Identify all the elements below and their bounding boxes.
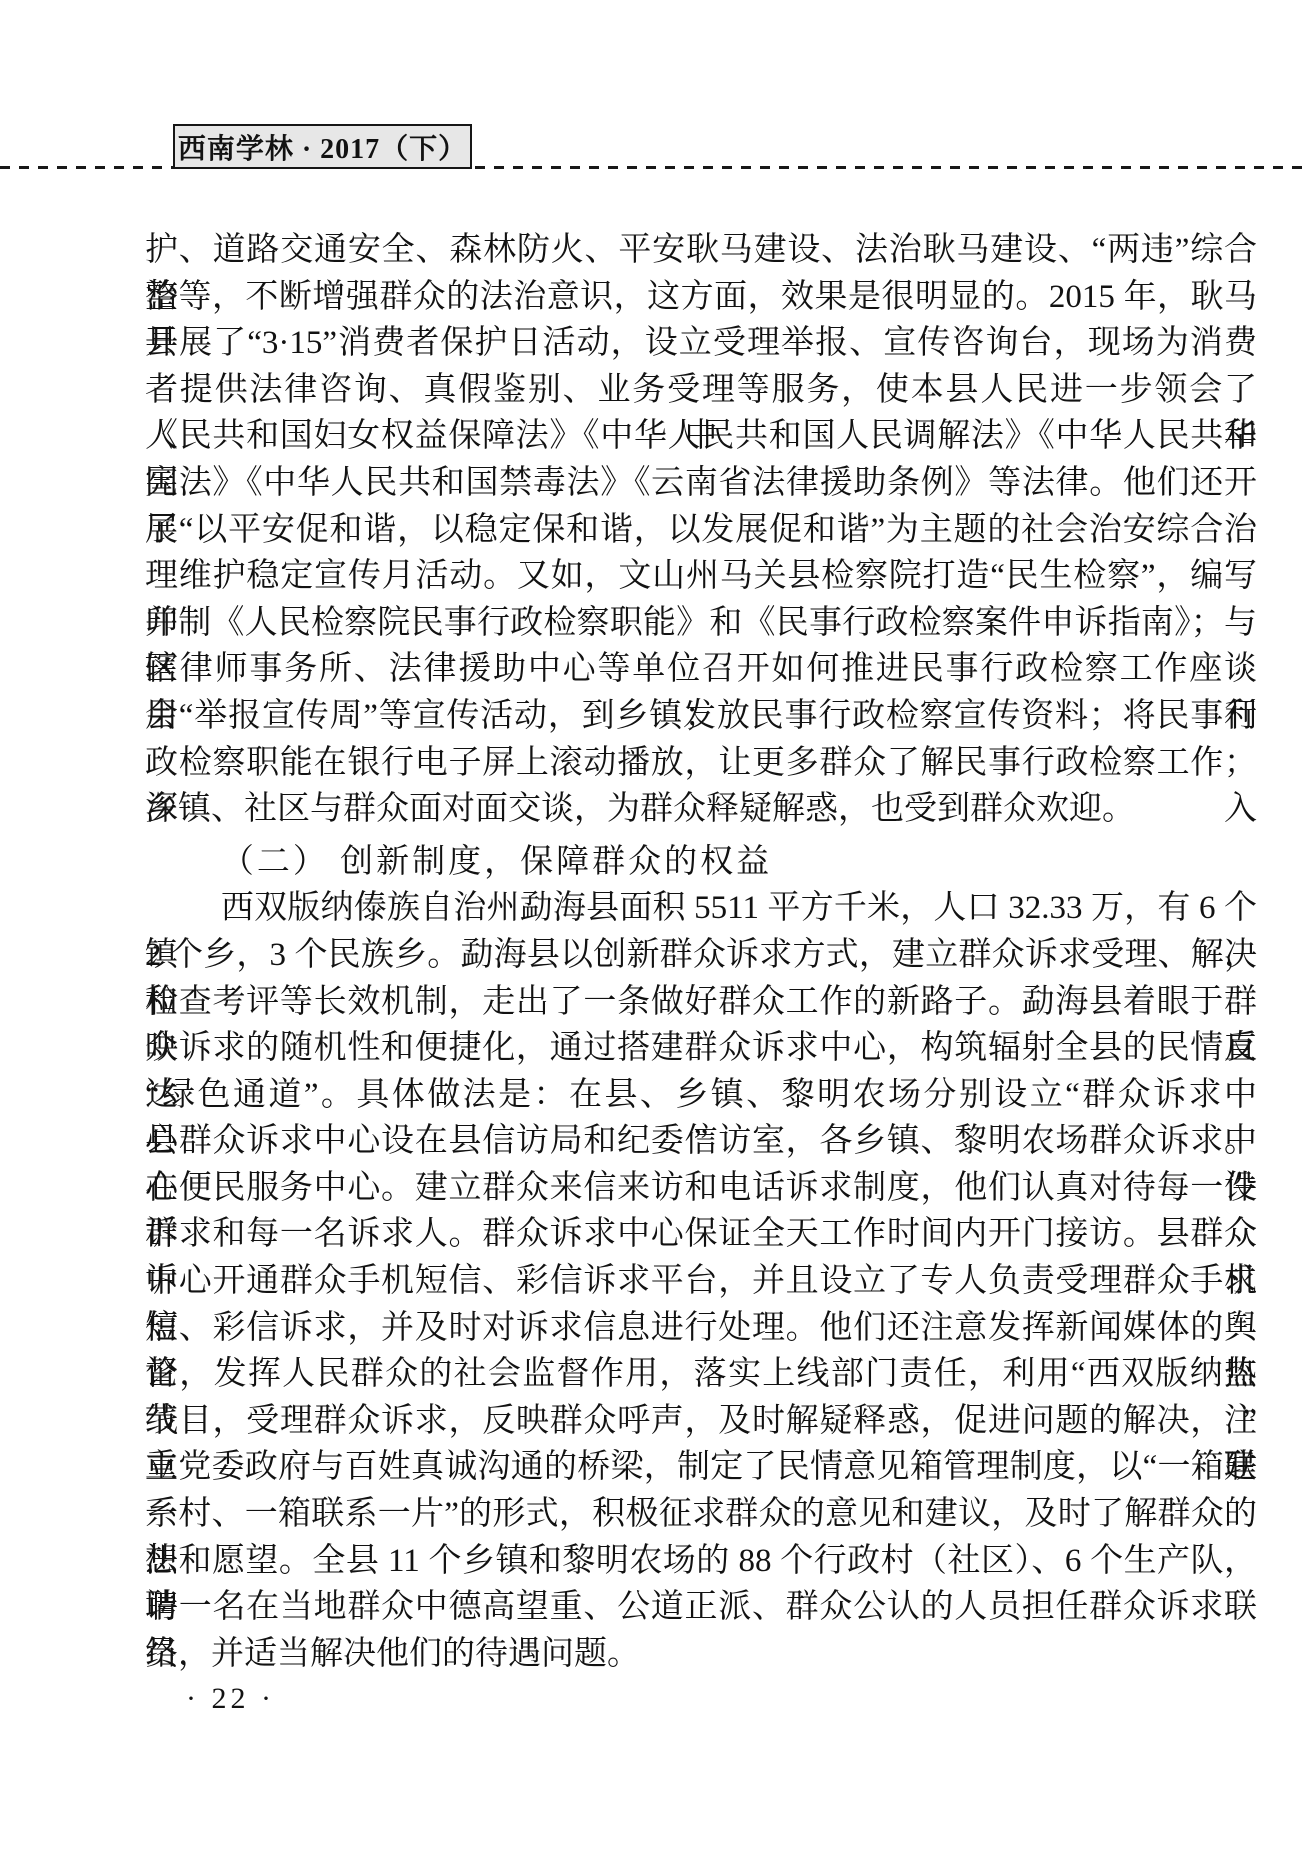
text-line: 节目，受理群众诉求，反映群众呼声，及时解疑释惑，促进问题的解决，注重建 bbox=[145, 1398, 1257, 1445]
text-line: 护、道路交通安全、森林防火、平安耿马建设、法治耿马建设、“两违”综合整 bbox=[145, 227, 1257, 274]
text-line: 诉求和每一名诉求人。群众诉求中心保证全天工作时间内开门接访。县群众诉求 bbox=[145, 1211, 1257, 1258]
text-line: 治等，不断增强群众的法治意识，这方面，效果是很明显的。2015 年，耿马县 bbox=[145, 274, 1257, 321]
text-line: 映诉求的随机性和便捷化，通过搭建群众诉求中心，构筑辐射全县的民情直达 bbox=[145, 1025, 1257, 1072]
text-line: 一村、一箱联系一片”的形式，积极征求群众的意见和建议，及时了解群众的想 bbox=[145, 1491, 1257, 1538]
text-line: 信、彩信诉求，并及时对诉求信息进行处理。他们还注意发挥新闻媒体的舆论监 bbox=[145, 1305, 1257, 1352]
text-line: 政检察职能在银行电子屏上滚动播放，让更多群众了解民事行政检察工作；深入 bbox=[145, 740, 1257, 787]
text-line: 人民共和国妇女权益保障法》《中华人民共和国人民调解法》《中华人民共和国 bbox=[145, 413, 1257, 460]
text-line: 者提供法律咨询、真假鉴别、业务受理等服务，使本县人民进一步领会了《中华 bbox=[145, 367, 1257, 414]
page-number: · 22 · bbox=[186, 1682, 275, 1716]
body-text: 护、道路交通安全、森林防火、平安耿马建设、法治耿马建设、“两违”综合整 治等，不… bbox=[145, 227, 1257, 1677]
text-line: 宪法》《中华人民共和国禁毒法》《云南省法律援助条例》等法律。他们还开展 bbox=[145, 460, 1257, 507]
text-line: 县群众诉求中心设在县信访局和纪委信访室，各乡镇、黎明农场群众诉求中心设 bbox=[145, 1118, 1257, 1165]
text-line: 请一名在当地群众中德高望重、公道正派、群众公认的人员担任群众诉求联络 bbox=[145, 1584, 1257, 1631]
text-line: 2 个乡，3 个民族乡。勐海县以创新群众诉求方式，建立群众诉求受理、解决和 bbox=[145, 932, 1257, 979]
document-page: 西南学林 · 2017（下） 护、道路交通安全、森林防火、平安耿马建设、法治耿马… bbox=[0, 0, 1307, 1859]
text-line: 督，发挥人民群众的社会监督作用，落实上线部门责任，利用“西双版纳热线” bbox=[145, 1351, 1257, 1398]
text-line: 中心开通群众手机短信、彩信诉求平台，并且设立了专人负责受理群众手机短 bbox=[145, 1258, 1257, 1305]
text-line: 西双版纳傣族自治州勐海县面积 5511 平方千米，人口 32.33 万，有 6 … bbox=[145, 885, 1257, 932]
journal-title: 西南学林 · 2017（下） bbox=[178, 127, 467, 167]
text-line: “绿色通道”。具体做法是：在县、乡镇、黎明农场分别设立“群众诉求中心”。 bbox=[145, 1072, 1257, 1119]
journal-header-badge: 西南学林 · 2017（下） bbox=[173, 124, 472, 169]
text-line: 员，并适当解决他们的待遇问题。 bbox=[145, 1631, 1257, 1678]
text-line: 理维护稳定宣传月活动。又如，文山州马关县检察院打造“民生检察”，编写并 bbox=[145, 553, 1257, 600]
text-line: 立党委政府与百姓真诚沟通的桥梁，制定了民情意见箱管理制度，以“一箱联系 bbox=[145, 1444, 1257, 1491]
text-line: 检查考评等长效机制，走出了一条做好群众工作的新路子。勐海县着眼于群众反 bbox=[145, 979, 1257, 1026]
text-line: 在便民服务中心。建立群众来信来访和电话诉求制度，他们认真对待每一件群众 bbox=[145, 1165, 1257, 1212]
text-line: 法和愿望。全县 11 个乡镇和黎明农场的 88 个行政村（社区）、6 个生产队，… bbox=[145, 1538, 1257, 1585]
text-line: 用“举报宣传周”等宣传活动，到乡镇发放民事行政检察宣传资料；将民事行 bbox=[145, 693, 1257, 740]
section-heading: （二） 创新制度，保障群众的权益 bbox=[145, 839, 1257, 886]
text-line: 乡镇、社区与群众面对面交谈，为群众释疑解惑，也受到群众欢迎。 bbox=[145, 786, 1257, 833]
text-line: 印制《人民检察院民事行政检察职能》和《民事行政检察案件申诉指南》；与辖 bbox=[145, 600, 1257, 647]
text-line: 了“以平安促和谐，以稳定保和谐，以发展促和谐”为主题的社会治安综合治 bbox=[145, 507, 1257, 554]
text-line: 区律师事务所、法律援助中心等单位召开如何推进民事行政检察工作座谈会；利 bbox=[145, 646, 1257, 693]
text-line: 开展了“3·15”消费者保护日活动，设立受理举报、宣传咨询台，现场为消费 bbox=[145, 320, 1257, 367]
